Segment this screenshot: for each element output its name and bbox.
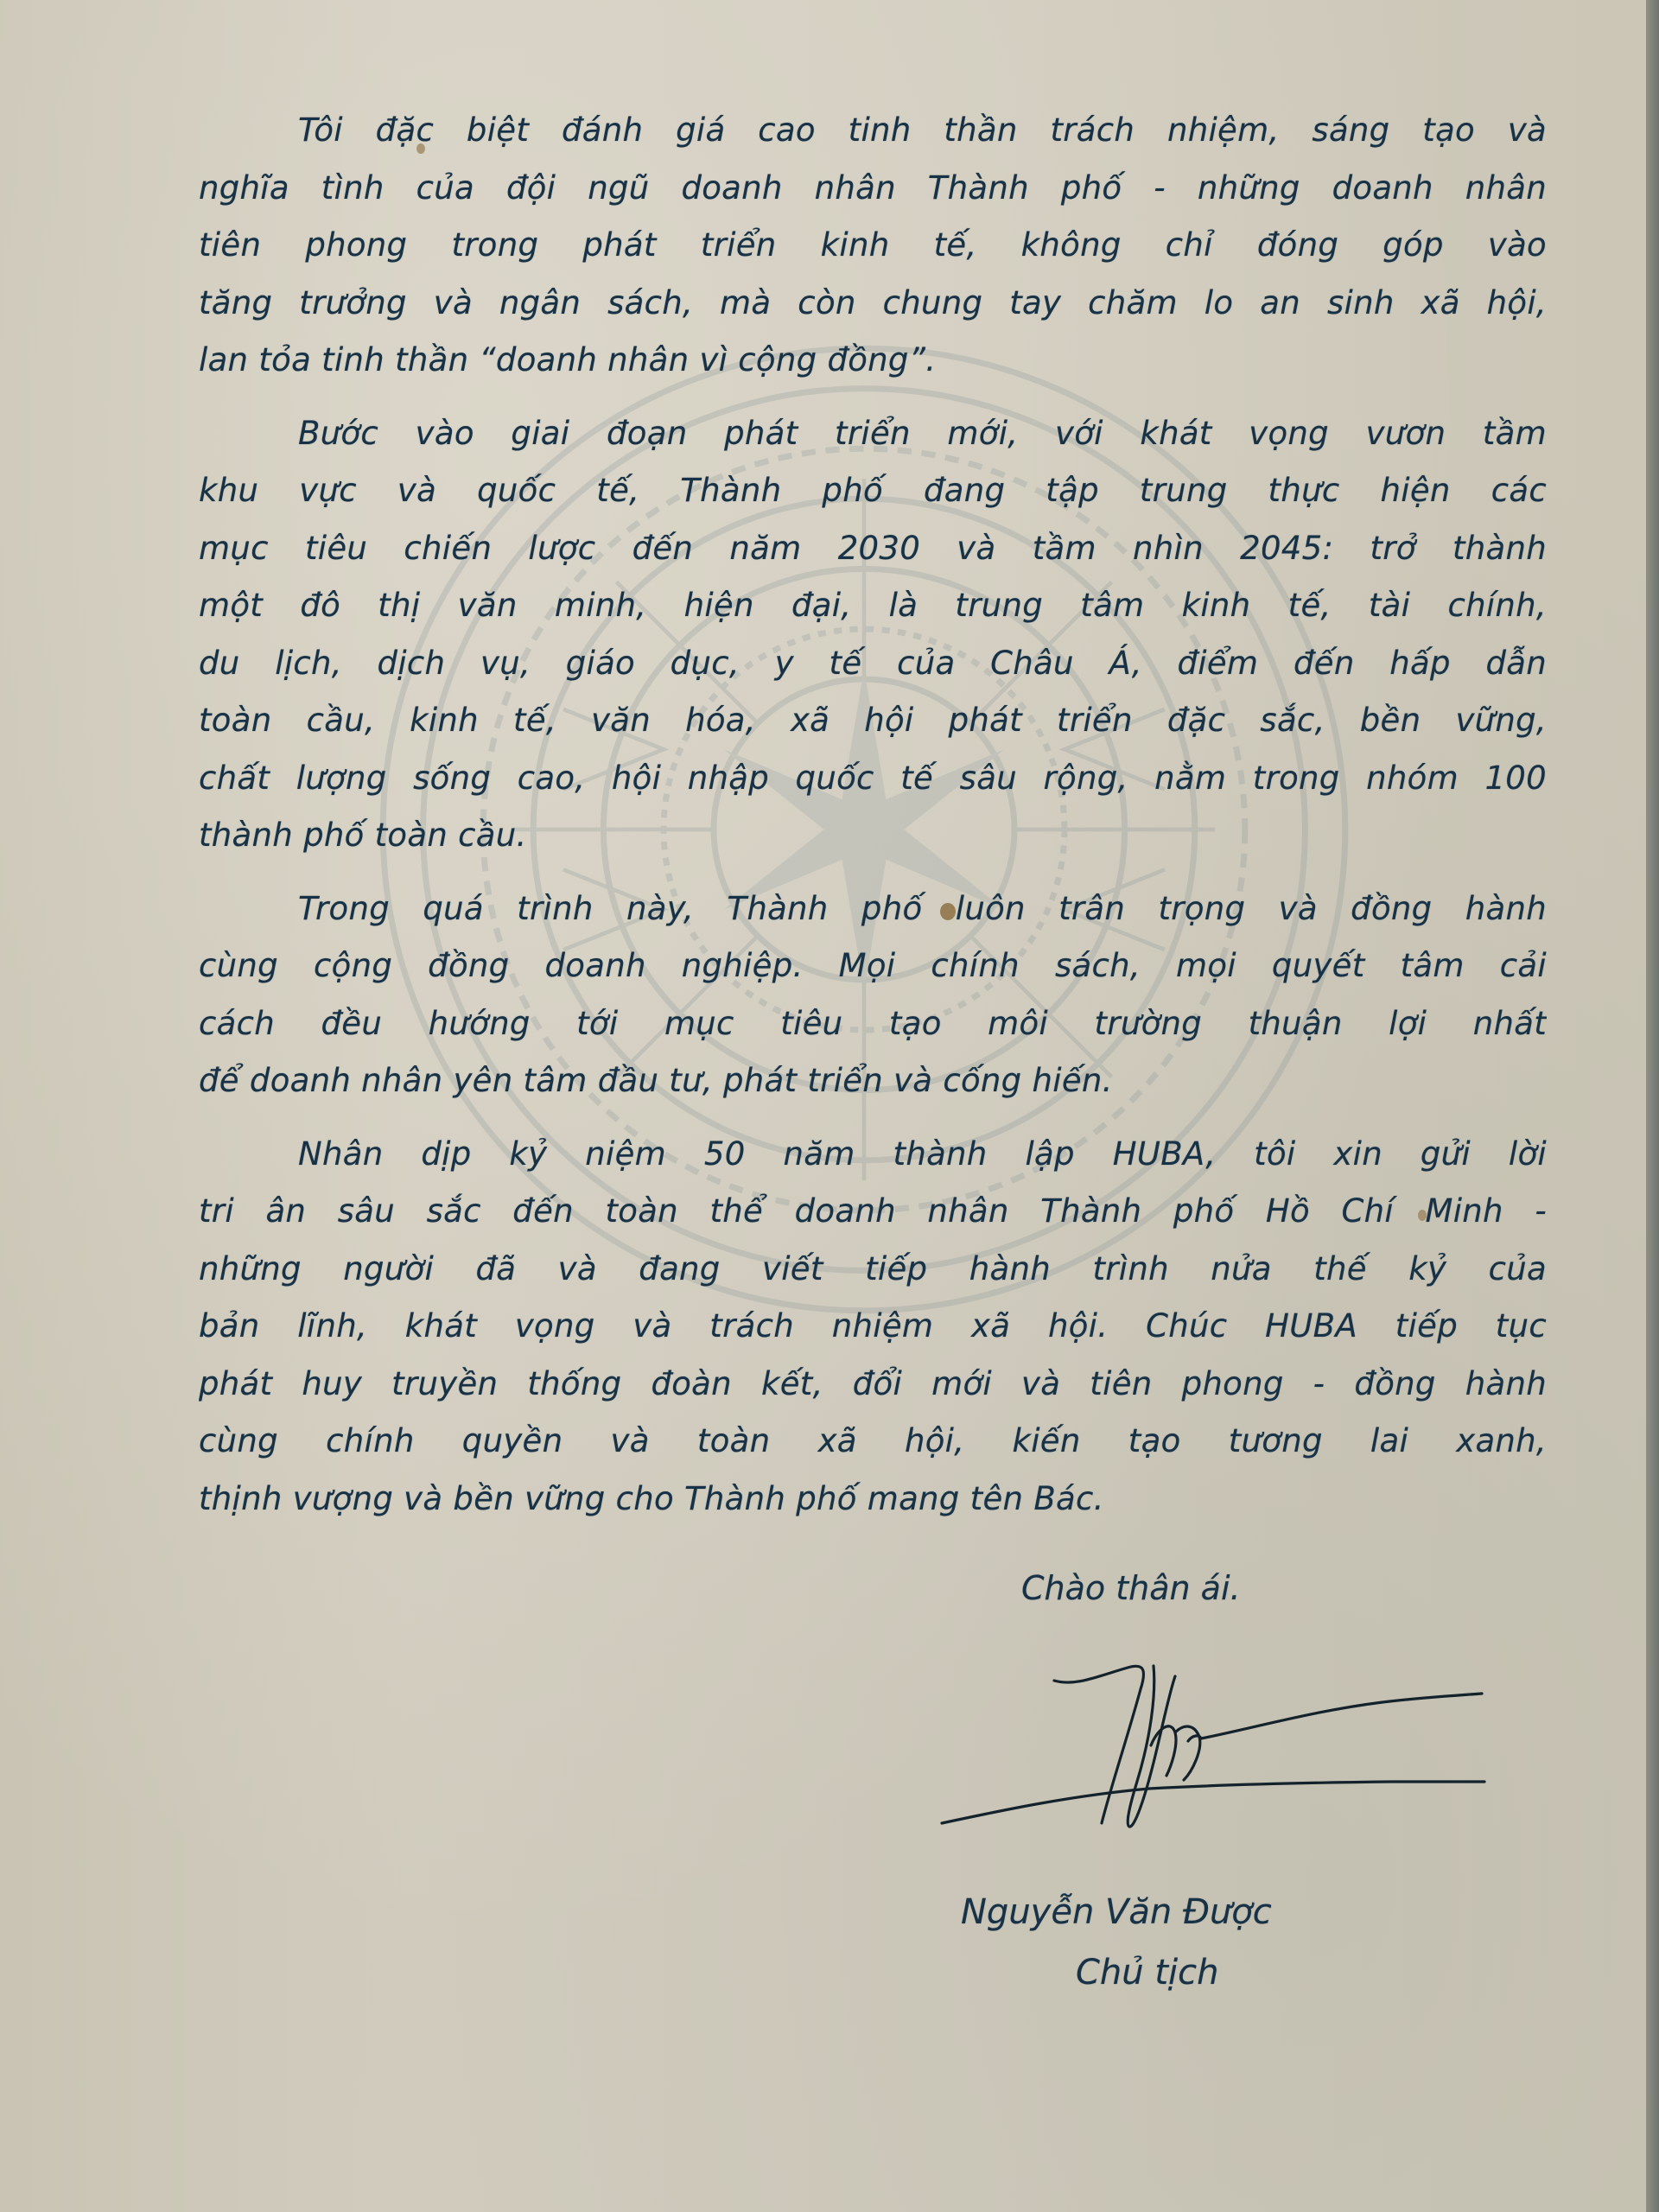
text-line: thịnh vượng và bền vững cho Thành phố ma…: [199, 1471, 1547, 1529]
letter-paper: Tôi đặc biệt đánh giá cao tinh thần trác…: [0, 0, 1646, 2212]
text-line: toàn cầu, kinh tế, văn hóa, xã hội phát …: [199, 692, 1547, 750]
signer-title: Chủ tịch: [1076, 1953, 1219, 1993]
paper-edge-shadow: [1646, 0, 1659, 2212]
text-line: tri ân sâu sắc đến toàn thể doanh nhân T…: [199, 1183, 1547, 1241]
text-line: khu vực và quốc tế, Thành phố đang tập t…: [199, 462, 1547, 520]
paragraph-2: Bước vào giai đoạn phát triển mới, với k…: [199, 405, 1547, 865]
text-line: Nhân dịp kỷ niệm 50 năm thành lập HUBA, …: [199, 1126, 1547, 1184]
text-line: lan tỏa tinh thần “doanh nhân vì cộng đồ…: [199, 332, 1547, 390]
text-line: cách đều hướng tới mục tiêu tạo môi trườ…: [199, 995, 1547, 1053]
paper-stain: [940, 903, 956, 920]
text-line: Tôi đặc biệt đánh giá cao tinh thần trác…: [199, 102, 1547, 160]
signer-name: Nguyễn Văn Được: [961, 1892, 1272, 1932]
text-line: một đô thị văn minh, hiện đại, là trung …: [199, 577, 1547, 635]
paragraph-3: Trong quá trình này, Thành phố luôn trân…: [199, 880, 1547, 1110]
text-line: phát huy truyền thống đoàn kết, đổi mới …: [199, 1356, 1547, 1414]
letter-body: Tôi đặc biệt đánh giá cao tinh thần trác…: [199, 102, 1547, 1528]
text-line: nghĩa tình của đội ngũ doanh nhân Thành …: [199, 160, 1547, 218]
paragraph-4: Nhân dịp kỷ niệm 50 năm thành lập HUBA, …: [199, 1126, 1547, 1529]
paper-stain: [1418, 1210, 1427, 1221]
paper-stain: [416, 143, 425, 154]
text-line: tăng trưởng và ngân sách, mà còn chung t…: [199, 275, 1547, 333]
text-line: thành phố toàn cầu.: [199, 807, 1547, 865]
text-line: Trong quá trình này, Thành phố luôn trân…: [199, 880, 1547, 938]
text-line: chất lượng sống cao, hội nhập quốc tế sâ…: [199, 750, 1547, 808]
text-line: cùng chính quyền và toàn xã hội, kiến tạ…: [199, 1413, 1547, 1471]
closing-salutation: Chào thân ái.: [1021, 1569, 1241, 1607]
paragraph-1: Tôi đặc biệt đánh giá cao tinh thần trác…: [199, 102, 1547, 390]
text-line: tiên phong trong phát triển kinh tế, khô…: [199, 217, 1547, 275]
handwritten-signature-icon: [925, 1642, 1495, 1849]
text-line: để doanh nhân yên tâm đầu tư, phát triển…: [199, 1052, 1547, 1110]
text-line: mục tiêu chiến lược đến năm 2030 và tầm …: [199, 520, 1547, 578]
text-line: cùng cộng đồng doanh nghiệp. Mọi chính s…: [199, 938, 1547, 995]
text-line: những người đã và đang viết tiếp hành tr…: [199, 1241, 1547, 1299]
text-line: du lịch, dịch vụ, giáo dục, y tế của Châ…: [199, 635, 1547, 693]
text-line: Bước vào giai đoạn phát triển mới, với k…: [199, 405, 1547, 463]
text-line: bản lĩnh, khát vọng và trách nhiệm xã hộ…: [199, 1298, 1547, 1356]
